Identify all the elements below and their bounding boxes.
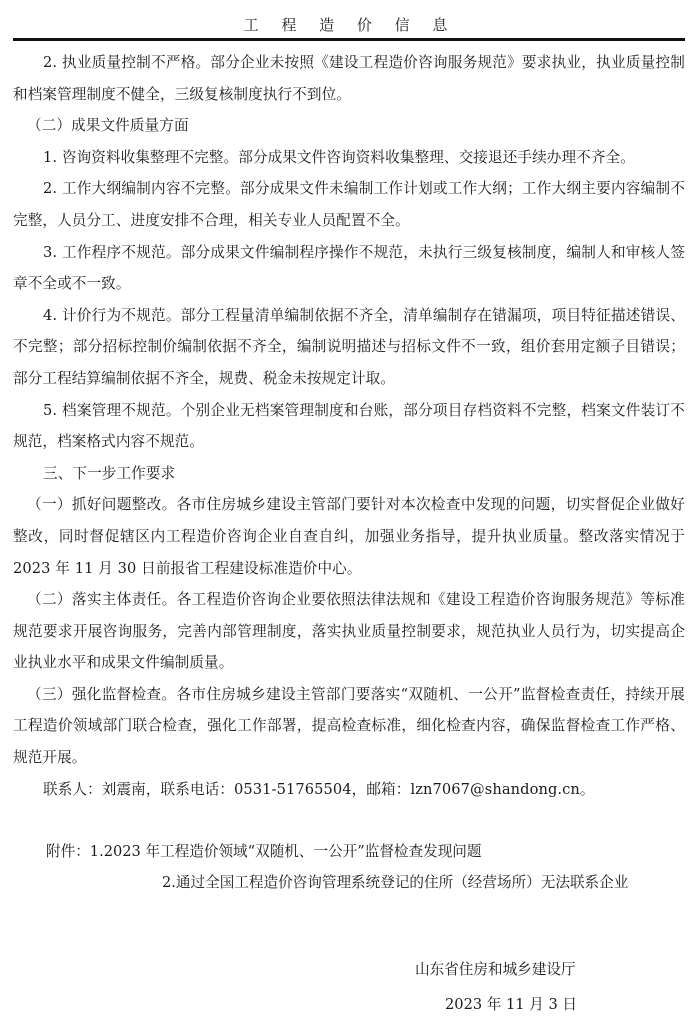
paragraph-data-collection: 1. 咨询资料收集整理不完整。部分成果文件咨询资料收集整理、交接退还手续办理不齐… [13, 142, 685, 174]
heading-result-quality: （二）成果文件质量方面 [13, 110, 685, 142]
attachment-1: 附件：1.2023 年工程造价领域“双随机、一公开”监督检查发现问题 [46, 836, 481, 867]
paragraph-rectification: （一）抓好问题整改。各市住房城乡建设主管部门要针对本次检查中发现的问题，切实督促… [13, 489, 685, 584]
attachment-2: 2.通过全国工程造价咨询管理系统登记的住所（经营场所）无法联系企业 [162, 867, 628, 898]
document-body: 2. 执业质量控制不严格。部分企业未按照《建设工程造价咨询服务规范》要求执业，执… [13, 47, 685, 805]
contact-info: 联系人：刘震南，联系电话：0531-51765504，邮箱：lzn7067@sh… [13, 774, 685, 806]
heading-next-steps: 三、下一步工作要求 [13, 458, 685, 490]
paragraph-execution-quality: 2. 执业质量控制不严格。部分企业未按照《建设工程造价咨询服务规范》要求执业，执… [13, 47, 685, 110]
paragraph-work-outline: 2. 工作大纲编制内容不完整。部分成果文件未编制工作计划或工作大纲；工作大纲主要… [13, 173, 685, 236]
paragraph-responsibility: （二）落实主体责任。各工程造价咨询企业要依照法律法规和《建设工程造价咨询服务规范… [13, 584, 685, 679]
paragraph-archive-management: 5. 档案管理不规范。个别企业无档案管理制度和台账，部分项目存档资料不完整，档案… [13, 395, 685, 458]
signature-date: 2023 年 11 月 3 日 [445, 993, 577, 1014]
paragraph-work-procedure: 3. 工作程序不规范。部分成果文件编制程序操作不规范，未执行三级复核制度，编制人… [13, 237, 685, 300]
paragraph-pricing-behavior: 4. 计价行为不规范。部分工程量清单编制依据不齐全，清单编制存在错漏项，项目特征… [13, 300, 685, 395]
page-header: 工 程 造 价 信 息 [0, 14, 700, 35]
signature-org: 山东省住房和城乡建设厅 [415, 958, 576, 979]
header-rule [13, 38, 685, 41]
paragraph-supervision: （三）强化监督检查。各市住房城乡建设主管部门要落实“双随机、一公开”监督检查责任… [13, 679, 685, 774]
